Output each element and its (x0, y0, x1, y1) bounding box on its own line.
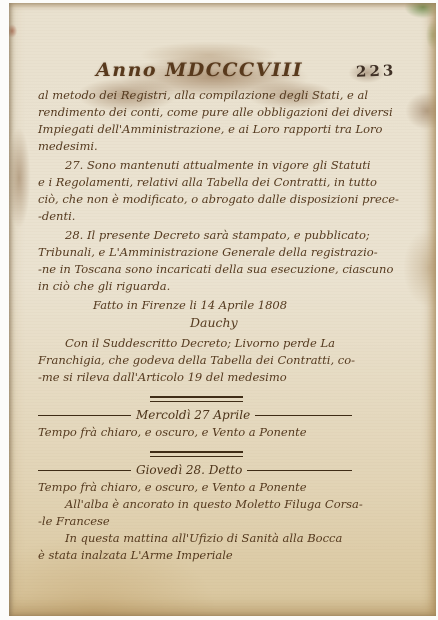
text-line: All'alba è ancorato in questo Moletto Fi… (38, 496, 400, 513)
heading-rule-right (255, 415, 352, 416)
text-line: medesimi. (38, 138, 400, 155)
text-line: al metodo dei Registri, alla compilazion… (38, 87, 400, 104)
heading-rule-left (38, 415, 131, 416)
entry-divider-double-rule (150, 396, 243, 402)
heading-rule-left (38, 470, 131, 471)
text-line: Tempo frà chiaro, e oscuro, e Vento a Po… (38, 424, 400, 441)
text-line: Franchigia, che godeva della Tabella dei… (38, 352, 400, 369)
text-line: Tribunali, e L'Amministrazione Generale … (38, 244, 400, 261)
heading-rule-right (247, 470, 352, 471)
text-line: In questa mattina all'Ufizio di Sanità a… (38, 530, 400, 547)
text-line: rendimento dei conti, come pure alle obb… (38, 104, 400, 121)
text-line: e i Regolamenti, relativi alla Tabella d… (38, 174, 400, 191)
page-title: Anno MDCCCVIII (9, 59, 390, 81)
decree-note-paragraph: Con il Suddescritto Decreto; Livorno per… (38, 335, 400, 386)
text-line: 28. Il presente Decreto sarà stampato, e… (38, 227, 400, 244)
text-line: è stata inalzata L'Arme Imperiale (38, 547, 400, 564)
page-number-stamp: 223 (356, 61, 397, 80)
text-line: -ne in Toscana sono incaricati della sua… (38, 261, 400, 278)
text-line: ciò, che non è modificato, o abrogato da… (38, 191, 400, 208)
decree-signature: Dauchy (190, 314, 400, 331)
decree-dateline: Fatto in Firenze li 14 Aprile 1808 (93, 297, 400, 314)
entry-body: Tempo frà chiaro, e oscuro, e Vento a Po… (38, 479, 400, 564)
text-line: Con il Suddescritto Decreto; Livorno per… (38, 335, 400, 352)
decree-article-28: 28. Il presente Decreto sarà stampato, e… (38, 227, 400, 295)
entry-body: Tempo frà chiaro, e oscuro, e Vento a Po… (38, 424, 400, 441)
entry-heading-row: Mercoldì 27 Aprile (38, 407, 352, 424)
text-line: Impiegati dell'Amministrazione, e ai Lor… (38, 121, 400, 138)
text-line: 27. Sono mantenuti attualmente in vigore… (38, 157, 400, 174)
entry-date-heading: Mercoldì 27 Aprile (131, 407, 255, 424)
journal-entry-april-28: Giovedì 28. Detto Tempo frà chiaro, e os… (38, 451, 400, 564)
page-content: al metodo dei Registri, alla compilazion… (38, 87, 400, 564)
text-line: -le Francese (38, 513, 400, 530)
text-line: in ciò che gli riguarda. (38, 278, 400, 295)
text-line: -denti. (38, 208, 400, 225)
decree-intro-paragraph: al metodo dei Registri, alla compilazion… (38, 87, 400, 155)
entry-divider-double-rule (150, 451, 243, 457)
manuscript-scan: Anno MDCCCVIII 223 al metodo dei Registr… (0, 0, 438, 620)
text-line: Tempo frà chiaro, e oscuro, e Vento a Po… (38, 479, 400, 496)
text-line: -me si rileva dall'Articolo 19 del medes… (38, 369, 400, 386)
manuscript-page: Anno MDCCCVIII 223 al metodo dei Registr… (9, 3, 436, 616)
entry-date-heading: Giovedì 28. Detto (131, 462, 247, 479)
journal-entry-april-27: Mercoldì 27 Aprile Tempo frà chiaro, e o… (38, 396, 400, 441)
decree-article-27: 27. Sono mantenuti attualmente in vigore… (38, 157, 400, 225)
entry-heading-row: Giovedì 28. Detto (38, 462, 352, 479)
